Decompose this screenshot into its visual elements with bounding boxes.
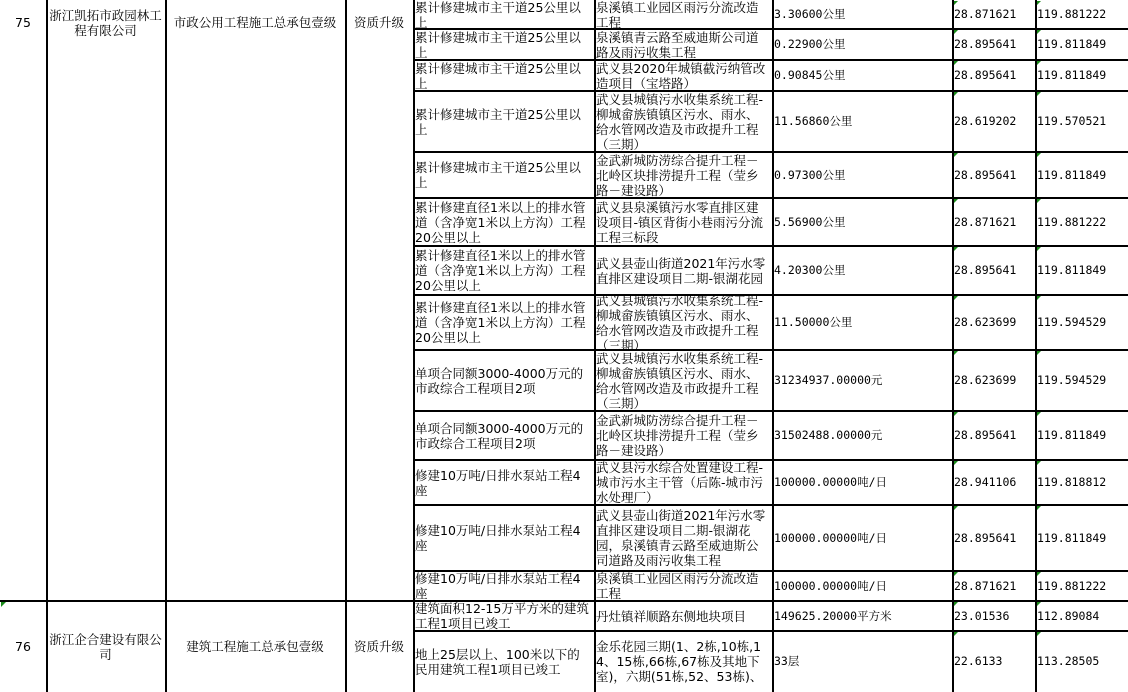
value-cell[interactable]: 31234937.00000元	[772, 350, 952, 411]
latitude-cell-text: 28.895641	[954, 37, 1016, 52]
comment-indicator-icon	[953, 506, 958, 511]
comment-indicator-icon	[1036, 1, 1041, 6]
comment-indicator-icon	[953, 247, 958, 252]
requirement-cell[interactable]: 单项合同额3000-4000万元的市政综合工程项目2项	[413, 411, 594, 460]
longitude-cell-text: 119.811849	[1037, 68, 1106, 83]
column-divider	[772, 0, 774, 692]
project-cell[interactable]: 武义县泉溪镇污水零直排区建设项目-镇区背街小巷雨污分流工程三标段	[594, 198, 772, 246]
requirement-cell-text: 建筑面积12-15万平方米的建筑工程1项目已竣工	[415, 601, 592, 631]
value-cell[interactable]: 100000.00000吨/日	[772, 505, 952, 571]
company-cell-text: 浙江凯拓市政园林工程有限公司	[48, 8, 163, 38]
comment-indicator-icon	[953, 1, 958, 6]
project-cell-text: 泉溪镇工业园区雨污分流改造工程	[596, 0, 770, 29]
longitude-cell[interactable]: 119.594529	[1035, 295, 1128, 350]
value-cell-text: 11.56860公里	[774, 114, 852, 129]
comment-indicator-icon	[953, 602, 958, 607]
value-cell[interactable]: 4.20300公里	[772, 246, 952, 295]
longitude-cell-text: 119.811849	[1037, 263, 1106, 278]
comment-indicator-icon	[953, 632, 958, 637]
latitude-cell[interactable]: 28.941106	[952, 460, 1035, 505]
value-cell[interactable]: 33层	[772, 631, 952, 692]
project-cell-text: 武义县城镇污水收集系统工程-柳城畲族镇镇区污水、雨水、给水管网改造及市政提升工程…	[596, 92, 770, 152]
project-cell-text: 金武新城防涝综合提升工程－北岭区块排涝提升工程（莹乡路－建设路）	[596, 153, 770, 198]
comment-indicator-icon	[1036, 351, 1041, 356]
value-cell[interactable]: 100000.00000吨/日	[772, 460, 952, 505]
project-cell[interactable]: 武义县壶山街道2021年污水零直排区建设项目二期-银湖花园，泉溪镇青云路至威迪斯…	[594, 505, 772, 571]
index-cell[interactable]: 76	[0, 601, 46, 692]
longitude-cell[interactable]: 119.881222	[1035, 198, 1128, 246]
project-cell[interactable]: 泉溪镇工业园区雨污分流改造工程	[594, 571, 772, 601]
latitude-cell[interactable]: 28.895641	[952, 411, 1035, 460]
requirement-cell[interactable]: 累计修建城市主干道25公里以上	[413, 60, 594, 91]
latitude-cell[interactable]: 28.871621	[952, 198, 1035, 246]
requirement-cell-text: 累计修建直径1米以上的排水管道（含净宽1米以上方沟）工程20公里以上	[415, 300, 592, 345]
comment-indicator-icon	[953, 30, 958, 35]
qualification-cell-text: 建筑工程施工总承包壹级	[186, 639, 324, 654]
longitude-cell-text: 119.811849	[1037, 531, 1106, 546]
longitude-cell[interactable]: 119.570521	[1035, 91, 1128, 152]
comment-indicator-icon	[1036, 412, 1041, 417]
project-cell-text: 丹灶镇祥顺路东侧地块项目	[596, 609, 746, 624]
index-cell-text: 75	[15, 15, 31, 30]
longitude-cell-text: 119.811849	[1037, 168, 1106, 183]
requirement-cell[interactable]: 地上25层以上、100米以下的民用建筑工程1项目已竣工	[413, 631, 594, 692]
value-cell-text: 11.50000公里	[774, 315, 852, 330]
value-cell[interactable]: 11.56860公里	[772, 91, 952, 152]
value-cell-text: 0.90845公里	[774, 68, 845, 83]
requirement-cell[interactable]: 修建10万吨/日排水泵站工程4座	[413, 571, 594, 601]
requirement-cell-text: 修建10万吨/日排水泵站工程4座	[415, 523, 592, 553]
comment-indicator-icon	[1, 602, 6, 607]
project-cell[interactable]: 泉溪镇工业园区雨污分流改造工程	[594, 0, 772, 29]
value-cell-text: 31234937.00000元	[774, 373, 882, 388]
project-cell[interactable]: 金武新城防涝综合提升工程－北岭区块排涝提升工程（莹乡路－建设路）	[594, 152, 772, 198]
comment-indicator-icon	[953, 351, 958, 356]
project-cell[interactable]: 金武新城防涝综合提升工程－北岭区块排涝提升工程（莹乡路－建设路）	[594, 411, 772, 460]
longitude-cell-text: 112.89084	[1037, 609, 1099, 624]
index-cell[interactable]: 75	[0, 0, 46, 45]
project-cell-text: 武义县城镇污水收集系统工程-柳城畲族镇镇区污水、雨水、给水管网改造及市政提升工程…	[596, 295, 770, 350]
comment-indicator-icon	[1036, 30, 1041, 35]
value-cell-text: 0.97300公里	[774, 168, 845, 183]
longitude-cell-text: 119.818812	[1037, 475, 1106, 490]
value-cell-text: 100000.00000吨/日	[774, 531, 887, 546]
comment-indicator-icon	[1036, 61, 1041, 66]
longitude-cell-text: 119.570521	[1037, 114, 1106, 129]
value-cell-text: 0.22900公里	[774, 37, 845, 52]
latitude-cell[interactable]: 28.619202	[952, 91, 1035, 152]
longitude-cell[interactable]: 119.811849	[1035, 60, 1128, 91]
group-divider	[0, 600, 413, 602]
requirement-cell[interactable]: 建筑面积12-15万平方米的建筑工程1项目已竣工	[413, 601, 594, 631]
requirement-cell[interactable]: 累计修建城市主干道25公里以上	[413, 91, 594, 152]
comment-indicator-icon	[1036, 632, 1041, 637]
latitude-cell[interactable]: 28.895641	[952, 246, 1035, 295]
latitude-cell-text: 28.895641	[954, 531, 1016, 546]
project-cell[interactable]: 武义县壶山街道2021年污水零直排区建设项目二期-银湖花园	[594, 246, 772, 295]
comment-indicator-icon	[1036, 92, 1041, 97]
column-divider	[345, 0, 347, 692]
comment-indicator-icon	[1036, 199, 1041, 204]
latitude-cell-text: 28.895641	[954, 68, 1016, 83]
value-cell-text: 3.30600公里	[774, 7, 845, 22]
requirement-cell-text: 累计修建城市主干道25公里以上	[415, 160, 592, 190]
requirement-cell-text: 累计修建城市主干道25公里以上	[415, 61, 592, 91]
latitude-cell[interactable]: 28.623699	[952, 350, 1035, 411]
company-cell[interactable]: 浙江凯拓市政园林工程有限公司	[46, 0, 165, 45]
longitude-cell[interactable]: 119.594529	[1035, 350, 1128, 411]
latitude-cell-text: 28.623699	[954, 373, 1016, 388]
comment-indicator-icon	[953, 61, 958, 66]
comment-indicator-icon	[1036, 461, 1041, 466]
column-divider	[594, 0, 596, 692]
longitude-cell-text: 119.811849	[1037, 428, 1106, 443]
requirement-cell[interactable]: 单项合同额3000-4000万元的市政综合工程项目2项	[413, 350, 594, 411]
latitude-cell[interactable]: 23.01536	[952, 601, 1035, 631]
project-cell-text: 武义县2020年城镇截污纳管改造项目（宝塔路）	[596, 61, 770, 91]
latitude-cell[interactable]: 28.871621	[952, 0, 1035, 29]
type-cell[interactable]: 资质升级	[345, 601, 413, 692]
value-cell-text: 31502488.00000元	[774, 428, 882, 443]
latitude-cell-text: 28.619202	[954, 114, 1016, 129]
project-cell-text: 武义县壶山街道2021年污水零直排区建设项目二期-银湖花园	[596, 256, 770, 286]
requirement-cell-text: 累计修建直径1米以上的排水管道（含净宽1米以上方沟）工程20公里以上	[415, 200, 592, 245]
requirement-cell-text: 累计修建城市主干道25公里以上	[415, 107, 592, 137]
latitude-cell-text: 28.895641	[954, 428, 1016, 443]
longitude-cell[interactable]: 112.89084	[1035, 601, 1128, 631]
requirement-cell[interactable]: 累计修建城市主干道25公里以上	[413, 0, 594, 29]
value-cell-text: 100000.00000吨/日	[774, 475, 887, 490]
comment-indicator-icon	[953, 461, 958, 466]
value-cell[interactable]: 0.90845公里	[772, 60, 952, 91]
qualification-cell[interactable]: 市政公用工程施工总承包壹级	[165, 0, 345, 45]
comment-indicator-icon	[953, 199, 958, 204]
project-cell[interactable]: 武义县城镇污水收集系统工程-柳城畲族镇镇区污水、雨水、给水管网改造及市政提升工程…	[594, 295, 772, 350]
project-cell-text: 武义县壶山街道2021年污水零直排区建设项目二期-银湖花园，泉溪镇青云路至威迪斯…	[596, 508, 770, 568]
column-divider	[1035, 0, 1037, 692]
longitude-cell-text: 113.28505	[1037, 654, 1099, 669]
project-cell-text: 金武新城防涝综合提升工程－北岭区块排涝提升工程（莹乡路－建设路）	[596, 413, 770, 458]
type-cell-text: 资质升级	[354, 15, 404, 30]
longitude-cell-text: 119.881222	[1037, 7, 1106, 22]
requirement-cell-text: 单项合同额3000-4000万元的市政综合工程项目2项	[415, 366, 592, 396]
longitude-cell[interactable]: 119.818812	[1035, 460, 1128, 505]
value-cell-text: 4.20300公里	[774, 263, 845, 278]
comment-indicator-icon	[1036, 247, 1041, 252]
requirement-cell-text: 累计修建城市主干道25公里以上	[415, 30, 592, 60]
latitude-cell-text: 23.01536	[954, 609, 1009, 624]
qualification-cell-text: 市政公用工程施工总承包壹级	[174, 15, 337, 30]
longitude-cell-text: 119.594529	[1037, 315, 1106, 330]
requirement-cell-text: 修建10万吨/日排水泵站工程4座	[415, 571, 592, 601]
longitude-cell-text: 119.881222	[1037, 215, 1106, 230]
comment-indicator-icon	[953, 153, 958, 158]
comment-indicator-icon	[1036, 572, 1041, 577]
column-divider	[165, 0, 167, 692]
longitude-cell[interactable]: 119.881222	[1035, 571, 1128, 601]
project-cell[interactable]: 丹灶镇祥顺路东侧地块项目	[594, 601, 772, 631]
value-cell[interactable]: 3.30600公里	[772, 0, 952, 29]
requirement-cell-text: 单项合同额3000-4000万元的市政综合工程项目2项	[415, 421, 592, 451]
project-cell-text: 武义县泉溪镇污水零直排区建设项目-镇区背街小巷雨污分流工程三标段	[596, 200, 770, 245]
latitude-cell[interactable]: 28.895641	[952, 505, 1035, 571]
comment-indicator-icon	[953, 412, 958, 417]
latitude-cell[interactable]: 28.871621	[952, 571, 1035, 601]
value-cell[interactable]: 0.97300公里	[772, 152, 952, 198]
latitude-cell-text: 28.895641	[954, 168, 1016, 183]
latitude-cell[interactable]: 28.895641	[952, 29, 1035, 60]
latitude-cell-text: 22.6133	[954, 654, 1002, 669]
latitude-cell-text: 28.871621	[954, 215, 1016, 230]
longitude-cell-text: 119.594529	[1037, 373, 1106, 388]
comment-indicator-icon	[953, 296, 958, 301]
latitude-cell-text: 28.623699	[954, 315, 1016, 330]
column-divider	[46, 0, 48, 692]
requirement-cell-text: 累计修建城市主干道25公里以上	[415, 0, 592, 29]
value-cell[interactable]: 11.50000公里	[772, 295, 952, 350]
requirement-cell[interactable]: 修建10万吨/日排水泵站工程4座	[413, 505, 594, 571]
requirement-cell[interactable]: 累计修建直径1米以上的排水管道（含净宽1米以上方沟）工程20公里以上	[413, 198, 594, 246]
project-cell[interactable]: 武义县2020年城镇截污纳管改造项目（宝塔路）	[594, 60, 772, 91]
value-cell[interactable]: 0.22900公里	[772, 29, 952, 60]
value-cell[interactable]: 149625.20000平方米	[772, 601, 952, 631]
requirement-cell-text: 地上25层以上、100米以下的民用建筑工程1项目已竣工	[415, 647, 592, 677]
value-cell-text: 149625.20000平方米	[774, 609, 892, 624]
longitude-cell[interactable]: 119.811849	[1035, 505, 1128, 571]
value-cell-text: 100000.00000吨/日	[774, 579, 887, 594]
value-cell[interactable]: 31502488.00000元	[772, 411, 952, 460]
qualification-cell[interactable]: 建筑工程施工总承包壹级	[165, 601, 345, 692]
column-divider	[952, 0, 954, 692]
latitude-cell[interactable]: 28.895641	[952, 152, 1035, 198]
value-cell-text: 33层	[774, 654, 799, 669]
column-divider	[413, 0, 415, 692]
comment-indicator-icon	[1036, 296, 1041, 301]
longitude-cell[interactable]: 119.811849	[1035, 29, 1128, 60]
comment-indicator-icon	[1036, 602, 1041, 607]
longitude-cell-text: 119.881222	[1037, 579, 1106, 594]
project-cell-text: 泉溪镇工业园区雨污分流改造工程	[596, 571, 770, 601]
company-cell-text: 浙江企合建设有限公司	[48, 632, 163, 662]
comment-indicator-icon	[1036, 153, 1041, 158]
project-cell[interactable]: 泉溪镇青云路至威迪斯公司道路及雨污收集工程	[594, 29, 772, 60]
longitude-cell-text: 119.811849	[1037, 37, 1106, 52]
spreadsheet-grid: 75浙江凯拓市政园林工程有限公司市政公用工程施工总承包壹级资质升级累计修建城市主…	[0, 0, 1128, 692]
index-cell-text: 76	[15, 639, 31, 654]
requirement-cell-text: 修建10万吨/日排水泵站工程4座	[415, 468, 592, 498]
requirement-cell-text: 累计修建直径1米以上的排水管道（含净宽1米以上方沟）工程20公里以上	[415, 248, 592, 293]
project-cell[interactable]: 金乐花园三期(1、2栋,10栋,14、15栋,66栋,67栋及其地下室)，六期(…	[594, 631, 772, 692]
value-cell[interactable]: 100000.00000吨/日	[772, 571, 952, 601]
project-cell-text: 武义县污水综合处置建设工程-城市污水主干管（后陈-城市污水处理厂）	[596, 460, 770, 505]
company-cell[interactable]: 浙江企合建设有限公司	[46, 601, 165, 692]
latitude-cell[interactable]: 28.895641	[952, 60, 1035, 91]
longitude-cell[interactable]: 119.811849	[1035, 411, 1128, 460]
project-cell-text: 金乐花园三期(1、2栋,10栋,14、15栋,66栋,67栋及其地下室)，六期(…	[596, 639, 770, 684]
requirement-cell[interactable]: 累计修建直径1米以上的排水管道（含净宽1米以上方沟）工程20公里以上	[413, 246, 594, 295]
value-cell-text: 5.56900公里	[774, 215, 845, 230]
requirement-cell[interactable]: 修建10万吨/日排水泵站工程4座	[413, 460, 594, 505]
comment-indicator-icon	[953, 92, 958, 97]
project-cell-text: 武义县城镇污水收集系统工程-柳城畲族镇镇区污水、雨水、给水管网改造及市政提升工程…	[596, 351, 770, 411]
type-cell-text: 资质升级	[354, 639, 404, 654]
requirement-cell[interactable]: 累计修建直径1米以上的排水管道（含净宽1米以上方沟）工程20公里以上	[413, 295, 594, 350]
type-cell[interactable]: 资质升级	[345, 0, 413, 45]
longitude-cell[interactable]: 119.881222	[1035, 0, 1128, 29]
project-cell[interactable]: 武义县污水综合处置建设工程-城市污水主干管（后陈-城市污水处理厂）	[594, 460, 772, 505]
latitude-cell[interactable]: 28.623699	[952, 295, 1035, 350]
project-cell-text: 泉溪镇青云路至威迪斯公司道路及雨污收集工程	[596, 30, 770, 60]
latitude-cell-text: 28.895641	[954, 263, 1016, 278]
project-cell[interactable]: 武义县城镇污水收集系统工程-柳城畲族镇镇区污水、雨水、给水管网改造及市政提升工程…	[594, 350, 772, 411]
latitude-cell-text: 28.871621	[954, 7, 1016, 22]
latitude-cell-text: 28.941106	[954, 475, 1016, 490]
longitude-cell[interactable]: 113.28505	[1035, 631, 1128, 692]
longitude-cell[interactable]: 119.811849	[1035, 152, 1128, 198]
comment-indicator-icon	[953, 572, 958, 577]
requirement-cell[interactable]: 累计修建城市主干道25公里以上	[413, 152, 594, 198]
latitude-cell-text: 28.871621	[954, 579, 1016, 594]
requirement-cell[interactable]: 累计修建城市主干道25公里以上	[413, 29, 594, 60]
project-cell[interactable]: 武义县城镇污水收集系统工程-柳城畲族镇镇区污水、雨水、给水管网改造及市政提升工程…	[594, 91, 772, 152]
longitude-cell[interactable]: 119.811849	[1035, 246, 1128, 295]
comment-indicator-icon	[1036, 506, 1041, 511]
value-cell[interactable]: 5.56900公里	[772, 198, 952, 246]
latitude-cell[interactable]: 22.6133	[952, 631, 1035, 692]
